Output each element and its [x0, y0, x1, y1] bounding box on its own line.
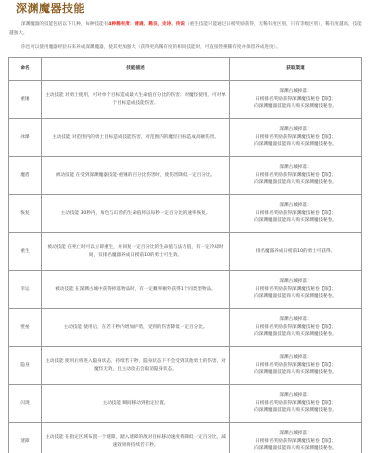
source-line: 深渊古城掉落： — [233, 316, 358, 324]
skill-source: 深渊古城掉落： 日榜排名奖励获得深渊魔技秘卷【限】； 向深渊魔器技能商人购买深渊… — [230, 81, 362, 119]
table-row: 魔盾 被动技能 在受到深渊魔器技能-重锤的百分比伤害时，使伤害降低一定百分比。 … — [9, 157, 362, 195]
skill-name: 隐身 — [9, 347, 42, 385]
source-line: 向深渊魔器技能商人购买深渊魔技秘卷。 — [233, 331, 358, 339]
skill-name: 幸运 — [9, 271, 42, 309]
skill-source: 深渊古城掉落： 日榜排名奖励获得深渊魔技秘卷【限】； 向深渊魔器技能商人购买深渊… — [230, 119, 362, 157]
source-line: 向深渊魔器技能商人购买深渊魔技秘卷。 — [233, 407, 358, 415]
skill-name: 重锤 — [9, 81, 42, 119]
skill-name: 恢复 — [9, 195, 42, 233]
skill-description: 主动技能 对范围内的勇士目标造成技能伤害，对范围内的魔怪目标造成高额伤害。 — [42, 119, 230, 157]
table-header-row: 命名 技能描述 获取渠道 — [9, 58, 362, 81]
skill-source: 深渊古城掉落： 日榜排名奖励获得深渊魔技秘卷【限】； 向深渊魔器技能商人购买深渊… — [230, 309, 362, 347]
skill-description: 主动技能 对勇士使用，可对单个目标造成最大生命值百分比的伤害；对魔怪使用，可对单… — [42, 81, 230, 119]
skill-name: 重生 — [9, 233, 42, 271]
skill-description: 主动技能 瞬间移动到指定位置。 — [42, 385, 230, 423]
page-title: 深渊魔器技能 — [16, 2, 85, 16]
source-line: 向深渊魔器技能商人购买深渊魔技秘卷。 — [233, 217, 358, 225]
intro-paragraph-1: 深渊魔器的技能包括以下几种，每种技能有4种稀有度：普通、稀良、史诗、传说（重生技… — [9, 20, 363, 38]
source-line: 向深渊魔器技能商人购买深渊魔技秘卷。 — [233, 141, 358, 149]
table-row: 迷障 主动技能 在指定区域布置一个迷障，踏入迷障的敌对目标移动速度将降低一定百分… — [9, 423, 362, 453]
skill-name: 冰爆 — [9, 119, 42, 157]
source-line: 深渊古城掉落： — [233, 354, 358, 362]
source-line: 排名魔器养成日榜前10的勇士可获得。 — [233, 248, 358, 256]
skill-description: 主动技能 使用后，在若干秒内增加护盾，受到的伤害降低一定百分比。 — [42, 309, 230, 347]
skill-name: 迷障 — [9, 423, 42, 453]
source-line: 日榜排名奖励获得深渊魔技秘卷【限】； — [233, 172, 358, 180]
skill-name: 魔盾 — [9, 157, 42, 195]
skill-source: 排名魔器养成日榜前10的勇士可获得。 — [230, 233, 362, 271]
source-line: 深渊古城掉落： — [233, 88, 358, 96]
skill-description: 被动技能 在死亡时可以立即重生，并回复一定百分比的生命值与法力值，有一定冷却时间… — [42, 233, 230, 271]
source-line: 向深渊魔器技能商人购买深渊魔技秘卷。 — [233, 293, 358, 301]
skill-source: 深渊古城掉落： 日榜排名奖励获得深渊魔技秘卷【限】； 向深渊魔器技能商人购买深渊… — [230, 271, 362, 309]
table-row: 隐身 主动技能 使用后将进入隐身状态，持续若干秒，隐身状态下不会受到其他勇士的伤… — [9, 347, 362, 385]
table-row: 幸运 被动技能 在深渊古城中获得掉落物品时，有一定概率额外获得1个同类型物品。 … — [9, 271, 362, 309]
column-header-description: 技能描述 — [42, 58, 230, 81]
skill-name: 壁垒 — [9, 309, 42, 347]
table-row: 重生 被动技能 在死亡时可以立即重生，并回复一定百分比的生命值与法力值，有一定冷… — [9, 233, 362, 271]
skill-description: 主动技能 30秒内，角色与幻兽的生命值将以每秒一定百分比的速率恢复。 — [42, 195, 230, 233]
table-row: 冰爆 主动技能 对范围内的勇士目标造成技能伤害，对范围内的魔怪目标造成高额伤害。… — [9, 119, 362, 157]
source-line: 日榜排名奖励获得深渊魔技秘卷【限】； — [233, 96, 358, 104]
source-line: 向深渊魔器技能商人购买深渊魔技秘卷。 — [233, 369, 358, 377]
skill-description: 被动技能 在受到深渊魔器技能-重锤的百分比伤害时，使伤害降低一定百分比。 — [42, 157, 230, 195]
intro-text: 深渊魔器的技能包括以下几种，每种技能有 — [21, 22, 108, 27]
source-line: 向深渊魔器技能商人购买深渊魔技秘卷。 — [233, 445, 358, 453]
source-line: 深渊古城掉落： — [233, 430, 358, 438]
table-row: 恢复 主动技能 30秒内，角色与幻兽的生命值将以每秒一定百分比的速率恢复。 深渊… — [9, 195, 362, 233]
source-line: 向深渊魔器技能商人购买深渊魔技秘卷。 — [233, 179, 358, 187]
source-line: 深渊古城掉落： — [233, 126, 358, 134]
column-header-source: 获取渠道 — [230, 58, 362, 81]
skill-description: 主动技能 使用后将进入隐身状态，持续若干秒，隐身状态下不会受到其他勇士的伤害，对… — [42, 347, 230, 385]
skills-table: 命名 技能描述 获取渠道 重锤 主动技能 对勇士使用，可对单个目标造成最大生命值… — [8, 57, 362, 453]
skill-source: 深渊古城掉落： 日榜排名奖励获得深渊魔技秘卷【限】； 向深渊魔器技能商人购买深渊… — [230, 385, 362, 423]
skill-description: 主动技能 在指定区域布置一个迷障，踏入迷障的敌对目标移动速度将降低一定百分比，减… — [42, 423, 230, 453]
rarity-highlight: 4种稀有度：普通、稀良、史诗、传说 — [108, 22, 185, 27]
table-row: 闪现 主动技能 瞬间移动到指定位置。 深渊古城掉落： 日榜排名奖励获得深渊魔技秘… — [9, 385, 362, 423]
intro-paragraph-2: 你也可以使用魔器经验石来养成深渊魔器，使其更加强大（获得更高稀有度的相同技能时，… — [9, 43, 363, 52]
source-line: 日榜排名奖励获得深渊魔技秘卷【限】； — [233, 362, 358, 370]
source-line: 日榜排名奖励获得深渊魔技秘卷【限】； — [233, 210, 358, 218]
column-header-name: 命名 — [9, 58, 42, 81]
source-line: 日榜排名奖励获得深渊魔技秘卷【限】； — [233, 134, 358, 142]
source-line: 日榜排名奖励获得深渊魔技秘卷【限】； — [233, 400, 358, 408]
table-row: 重锤 主动技能 对勇士使用，可对单个目标造成最大生命值百分比的伤害；对魔怪使用，… — [9, 81, 362, 119]
skill-source: 深渊古城掉落： 日榜排名奖励获得深渊魔技秘卷【限】； 向深渊魔器技能商人购买深渊… — [230, 347, 362, 385]
skill-name: 闪现 — [9, 385, 42, 423]
source-line: 日榜排名奖励获得深渊魔技秘卷【限】； — [233, 286, 358, 294]
skill-description: 被动技能 在深渊古城中获得掉落物品时，有一定概率额外获得1个同类型物品。 — [42, 271, 230, 309]
skill-source: 深渊古城掉落： 日榜排名奖励获得深渊魔技秘卷【限】； 向深渊魔器技能商人购买深渊… — [230, 157, 362, 195]
source-line: 日榜排名奖励获得深渊魔技秘卷【限】； — [233, 438, 358, 446]
skill-source: 深渊古城掉落： 日榜排名奖励获得深渊魔技秘卷【限】； 向深渊魔器技能商人购买深渊… — [230, 195, 362, 233]
source-line: 深渊古城掉落： — [233, 164, 358, 172]
skill-source: 深渊古城掉落： 日榜排名奖励获得深渊魔技秘卷【限】； 向深渊魔器技能商人购买深渊… — [230, 423, 362, 453]
source-line: 深渊古城掉落： — [233, 278, 358, 286]
source-line: 日榜排名奖励获得深渊魔技秘卷【限】； — [233, 324, 358, 332]
table-row: 壁垒 主动技能 使用后，在若干秒内增加护盾，受到的伤害降低一定百分比。 深渊古城… — [9, 309, 362, 347]
source-line: 深渊古城掉落： — [233, 392, 358, 400]
source-line: 向深渊魔器技能商人购买深渊魔技秘卷。 — [233, 103, 358, 111]
source-line: 深渊古城掉落： — [233, 202, 358, 210]
